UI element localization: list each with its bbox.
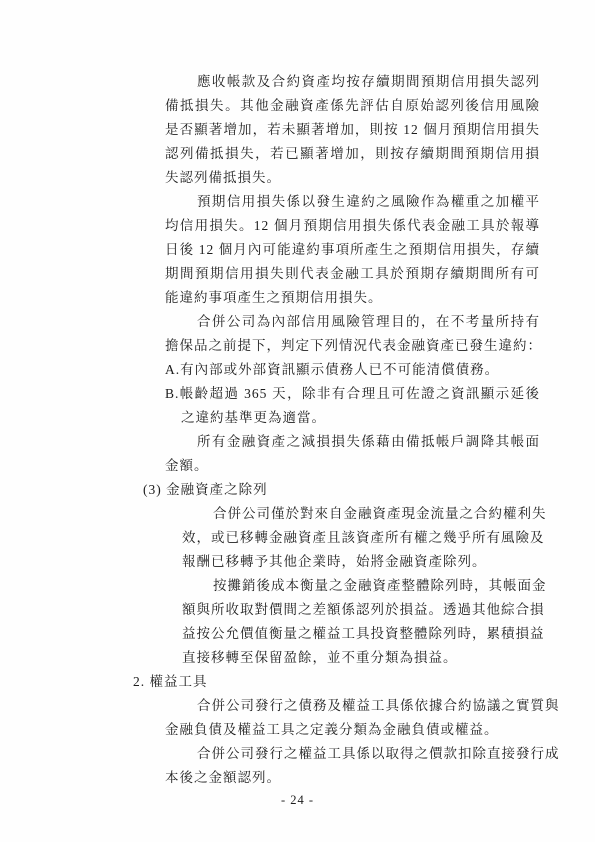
text-line: 備抵損失。其他金融資產係先評估自原始認列後信用風險 <box>165 94 540 118</box>
text-line: 本後之金額認列。 <box>165 766 540 790</box>
section-heading-2: 2. 權益工具 <box>133 670 540 694</box>
text-line: 金額。 <box>165 454 540 478</box>
page-body-text: 應收帳款及合約資產均按存續期間預期信用損失認列 備抵損失。其他金融資產係先評估自… <box>0 70 595 790</box>
text-line: 所有金融資產之減損損失係藉由備抵帳戶調降其帳面 <box>197 430 540 454</box>
text-line: 擔保品之前提下，判定下列情況代表金融資產已發生違約： <box>165 334 540 358</box>
text-line: 合併公司為內部信用風險管理目的，在不考量所持有 <box>197 310 540 334</box>
list-item-b: B.帳齡超過 365 天，除非有合理且可佐證之資訊顯示延後 <box>165 382 540 406</box>
text-line: 預期信用損失係以發生違約之風險作為權重之加權平 <box>197 190 540 214</box>
page-number: - 24 - <box>0 791 595 809</box>
text-line: 是否顯著增加，若未顯著增加，則按 12 個月預期信用損失 <box>165 118 540 142</box>
document-page: 應收帳款及合約資產均按存續期間預期信用損失認列 備抵損失。其他金融資產係先評估自… <box>0 0 595 842</box>
list-item-a: A.有內部或外部資訊顯示債務人已不可能清償債務。 <box>165 358 540 382</box>
list-item-b-wrap: 之違約基準更為適當。 <box>181 406 540 430</box>
text-line: 金融負債及權益工具之定義分類為金融負債或權益。 <box>165 718 540 742</box>
text-line: 均信用損失。12 個月預期信用損失係代表金融工具於報導 <box>165 214 540 238</box>
text-line: 期間預期信用損失則代表金融工具於預期存續期間所有可 <box>165 262 540 286</box>
text-line: 能違約事項產生之預期信用損失。 <box>165 286 540 310</box>
text-line: 合併公司發行之債務及權益工具係依據合約協議之實質與 <box>197 694 540 718</box>
text-line: 合併公司僅於對來自金融資產現金流量之合約權利失 <box>213 502 540 526</box>
text-line: 效，或已移轉金融資產且該資產所有權之幾乎所有風險及 <box>182 526 540 550</box>
text-line: 直接移轉至保留盈餘，並不重分類為損益。 <box>182 646 540 670</box>
text-line: 認列備抵損失，若已顯著增加，則按存續期間預期信用損 <box>165 142 540 166</box>
text-line: 合併公司發行之權益工具係以取得之價款扣除直接發行成 <box>197 742 540 766</box>
text-line: 日後 12 個月內可能違約事項所產生之預期信用損失，存續 <box>165 238 540 262</box>
text-line: 報酬已移轉予其他企業時，始將金融資產除列。 <box>182 550 540 574</box>
section-heading-3: (3) 金融資產之除列 <box>143 478 540 502</box>
text-line: 失認列備抵損失。 <box>165 166 540 190</box>
text-line: 益按公允價值衡量之權益工具投資整體除列時，累積損益 <box>182 622 540 646</box>
text-line: 按攤銷後成本衡量之金融資產整體除列時，其帳面金 <box>213 574 540 598</box>
text-line: 額與所收取對價間之差額係認列於損益。透過其他綜合損 <box>182 598 540 622</box>
text-line: 應收帳款及合約資產均按存續期間預期信用損失認列 <box>197 70 540 94</box>
